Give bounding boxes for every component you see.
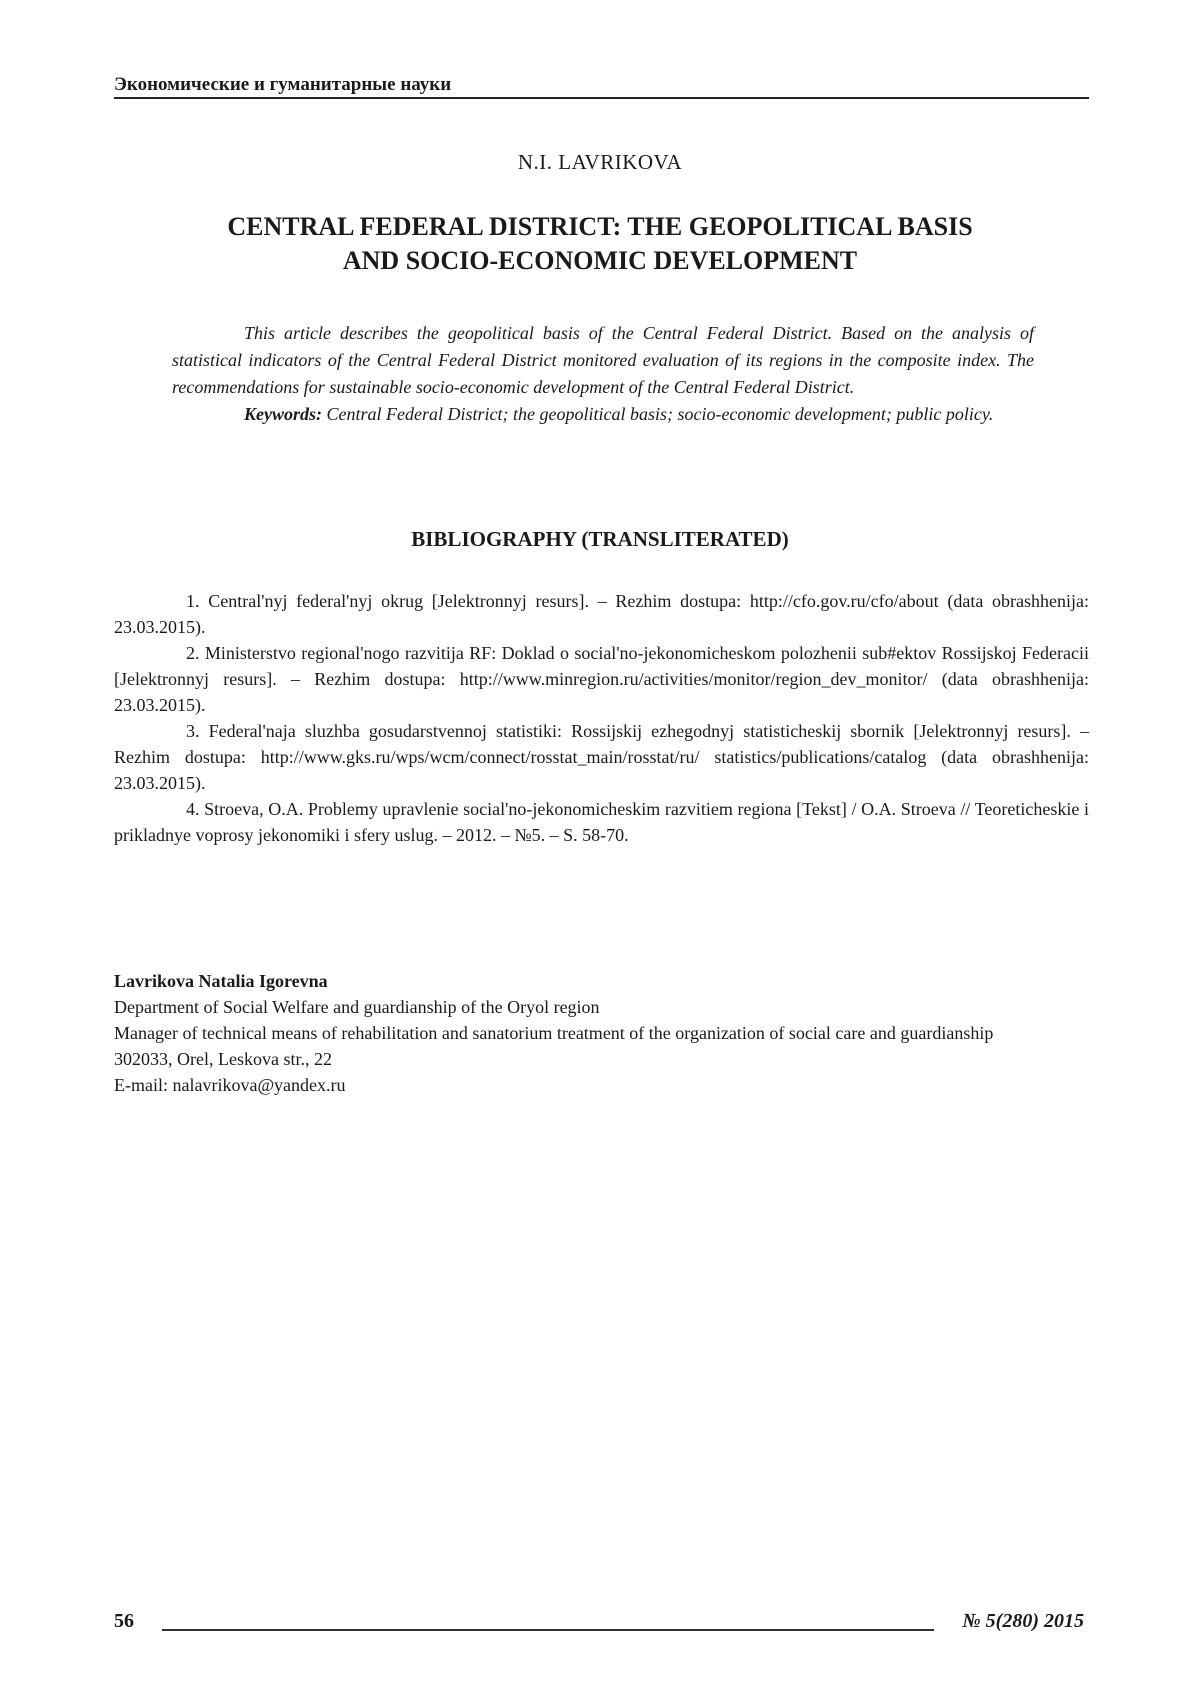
footer-rule: [162, 1629, 934, 1631]
page-number: 56: [114, 1610, 134, 1633]
bibliography-item: 2. Ministerstvo regional'nogo razvitija …: [114, 640, 1089, 718]
keywords-label: Keywords:: [244, 404, 322, 424]
page-footer: 56 № 5(280) 2015: [114, 1610, 1084, 1636]
keywords: Keywords: Central Federal District; the …: [172, 401, 1034, 428]
keywords-text: Central Federal District; the geopolitic…: [327, 404, 994, 424]
author-line: N.I. LAVRIKOVA: [0, 150, 1200, 175]
author-info: Lavrikova Natalia Igorevna Department of…: [114, 968, 1089, 1098]
bibliography-item: 3. Federal'naja sluzhba gosudarstvennoj …: [114, 718, 1089, 796]
bibliography-heading: BIBLIOGRAPHY (TRANSLITERATED): [0, 527, 1200, 552]
author-name: Lavrikova Natalia Igorevna: [114, 968, 1089, 994]
author-address: 302033, Orel, Leskova str., 22: [114, 1046, 1089, 1072]
title-line-2: AND SOCIO-ECONOMIC DEVELOPMENT: [150, 244, 1050, 278]
running-head: Экономические и гуманитарные науки: [114, 74, 1089, 99]
article-title: CENTRAL FEDERAL DISTRICT: THE GEOPOLITIC…: [150, 210, 1050, 278]
bibliography-list: 1. Central'nyj federal'nyj okrug [Jelekt…: [114, 588, 1089, 848]
bibliography-item: 4. Stroeva, O.A. Problemy upravlenie soc…: [114, 796, 1089, 848]
abstract: This article describes the geopolitical …: [172, 320, 1034, 428]
title-line-1: CENTRAL FEDERAL DISTRICT: THE GEOPOLITIC…: [150, 210, 1050, 244]
abstract-text: This article describes the geopolitical …: [172, 320, 1034, 401]
author-email: E-mail: nalavrikova@yandex.ru: [114, 1072, 1089, 1098]
author-department: Department of Social Welfare and guardia…: [114, 994, 1089, 1020]
issue-number: № 5(280) 2015: [962, 1610, 1084, 1633]
bibliography-item: 1. Central'nyj federal'nyj okrug [Jelekt…: [114, 588, 1089, 640]
author-position: Manager of technical means of rehabilita…: [114, 1020, 1089, 1046]
